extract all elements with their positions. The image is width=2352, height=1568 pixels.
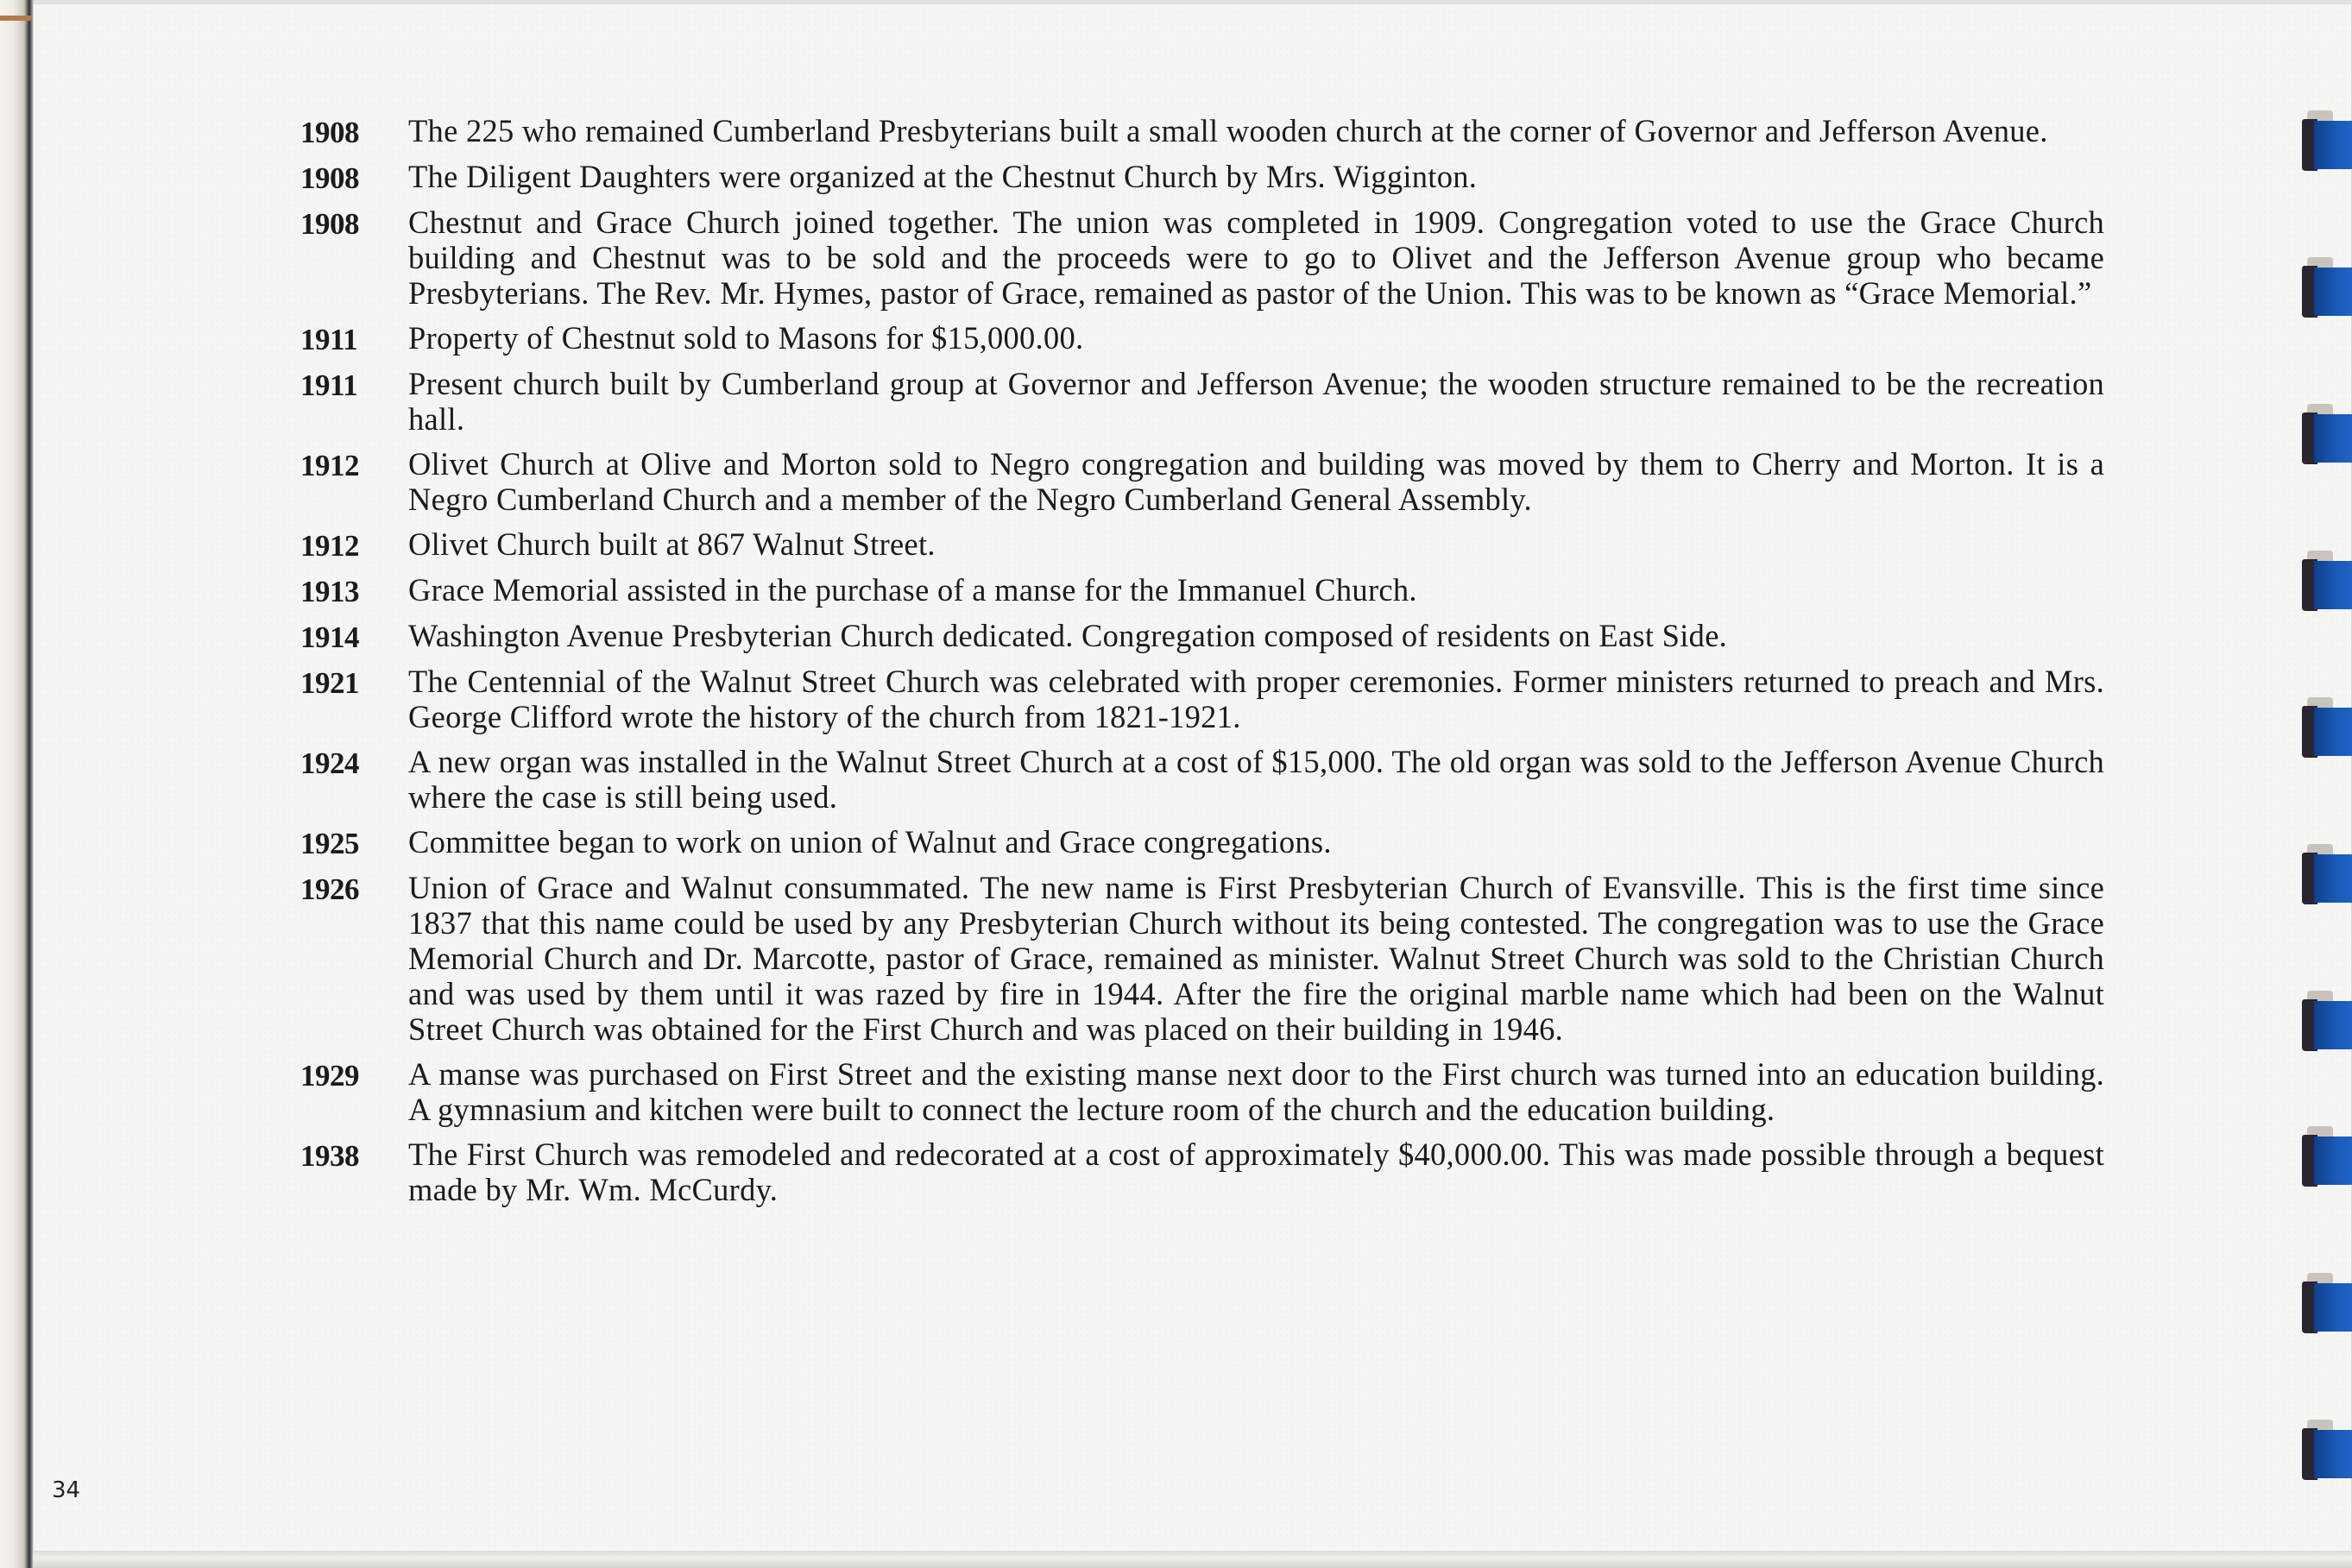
entry-year: 1921 [300, 664, 408, 701]
entry-year: 1912 [300, 527, 408, 564]
entry-text: The Diligent Daughters were organized at… [408, 160, 2104, 195]
page: 1908 The 225 who remained Cumberland Pre… [33, 3, 2352, 1557]
entry-text: The Centennial of the Walnut Street Chur… [408, 664, 2104, 735]
timeline-entries: 1908 The 225 who remained Cumberland Pre… [300, 114, 2130, 1218]
binding-ring [2302, 1420, 2352, 1480]
spiral-binding [2300, 0, 2352, 1568]
entry-text: Olivet Church built at 867 Walnut Street… [408, 527, 2104, 563]
timeline-entry: 1911 Property of Chestnut sold to Masons… [300, 321, 2130, 357]
binding-ring [2302, 1273, 2352, 1333]
entry-year: 1924 [300, 745, 408, 781]
entry-year: 1908 [300, 160, 408, 196]
page-bottom-edge [33, 1551, 2352, 1568]
entry-year: 1913 [300, 573, 408, 609]
entry-text: Committee began to work on union of Waln… [408, 825, 2104, 860]
page-number: 34 [52, 1477, 80, 1503]
entry-text: A manse was purchased on First Street an… [408, 1057, 2104, 1128]
entry-text: Grace Memorial assisted in the purchase … [408, 573, 2104, 608]
entry-text: A new organ was installed in the Walnut … [408, 745, 2104, 815]
timeline-entry: 1929 A manse was purchased on First Stre… [300, 1057, 2130, 1128]
entry-year: 1908 [300, 205, 408, 242]
entry-text: Olivet Church at Olive and Morton sold t… [408, 447, 2104, 518]
timeline-entry: 1921 The Centennial of the Walnut Street… [300, 664, 2130, 735]
entry-text: The First Church was remodeled and redec… [408, 1137, 2104, 1208]
timeline-entry: 1908 The 225 who remained Cumberland Pre… [300, 114, 2130, 150]
entry-text: Washington Avenue Presbyterian Church de… [408, 619, 2104, 654]
entry-year: 1914 [300, 619, 408, 655]
binding-ring [2302, 404, 2352, 464]
timeline-entry: 1913 Grace Memorial assisted in the purc… [300, 573, 2130, 609]
entry-year: 1929 [300, 1057, 408, 1093]
entry-year: 1938 [300, 1137, 408, 1174]
timeline-entry: 1908 Chestnut and Grace Church joined to… [300, 205, 2130, 312]
timeline-entry: 1924 A new organ was installed in the Wa… [300, 745, 2130, 815]
timeline-entry: 1908 The Diligent Daughters were organiz… [300, 160, 2130, 196]
binding-ring [2302, 257, 2352, 318]
timeline-entry: 1911 Present church built by Cumberland … [300, 367, 2130, 438]
entry-year: 1908 [300, 114, 408, 150]
timeline-entry: 1912 Olivet Church built at 867 Walnut S… [300, 527, 2130, 564]
binding-ring [2302, 1126, 2352, 1187]
scanned-book-page: 1908 The 225 who remained Cumberland Pre… [0, 0, 2352, 1568]
entry-text: Union of Grace and Walnut consummated. T… [408, 871, 2104, 1048]
binding-ring [2302, 551, 2352, 611]
timeline-entry: 1926 Union of Grace and Walnut consummat… [300, 871, 2130, 1048]
timeline-entry: 1914 Washington Avenue Presbyterian Chur… [300, 619, 2130, 655]
binding-ring [2302, 844, 2352, 904]
binding-ring [2302, 991, 2352, 1051]
entry-year: 1911 [300, 367, 408, 403]
entry-year: 1912 [300, 447, 408, 483]
cover-edge [0, 16, 31, 21]
binding-ring [2302, 697, 2352, 758]
entry-text: The 225 who remained Cumberland Presbyte… [408, 114, 2104, 149]
timeline-entry: 1912 Olivet Church at Olive and Morton s… [300, 447, 2130, 518]
timeline-entry: 1925 Committee began to work on union of… [300, 825, 2130, 861]
entry-text: Property of Chestnut sold to Masons for … [408, 321, 2104, 356]
book-spine-edge [0, 0, 35, 1568]
binding-ring [2302, 110, 2352, 171]
entry-year: 1926 [300, 871, 408, 907]
timeline-entry: 1938 The First Church was remodeled and … [300, 1137, 2130, 1208]
entry-text: Present church built by Cumberland group… [408, 367, 2104, 438]
entry-year: 1925 [300, 825, 408, 861]
entry-text: Chestnut and Grace Church joined togethe… [408, 205, 2104, 312]
entry-year: 1911 [300, 321, 408, 357]
